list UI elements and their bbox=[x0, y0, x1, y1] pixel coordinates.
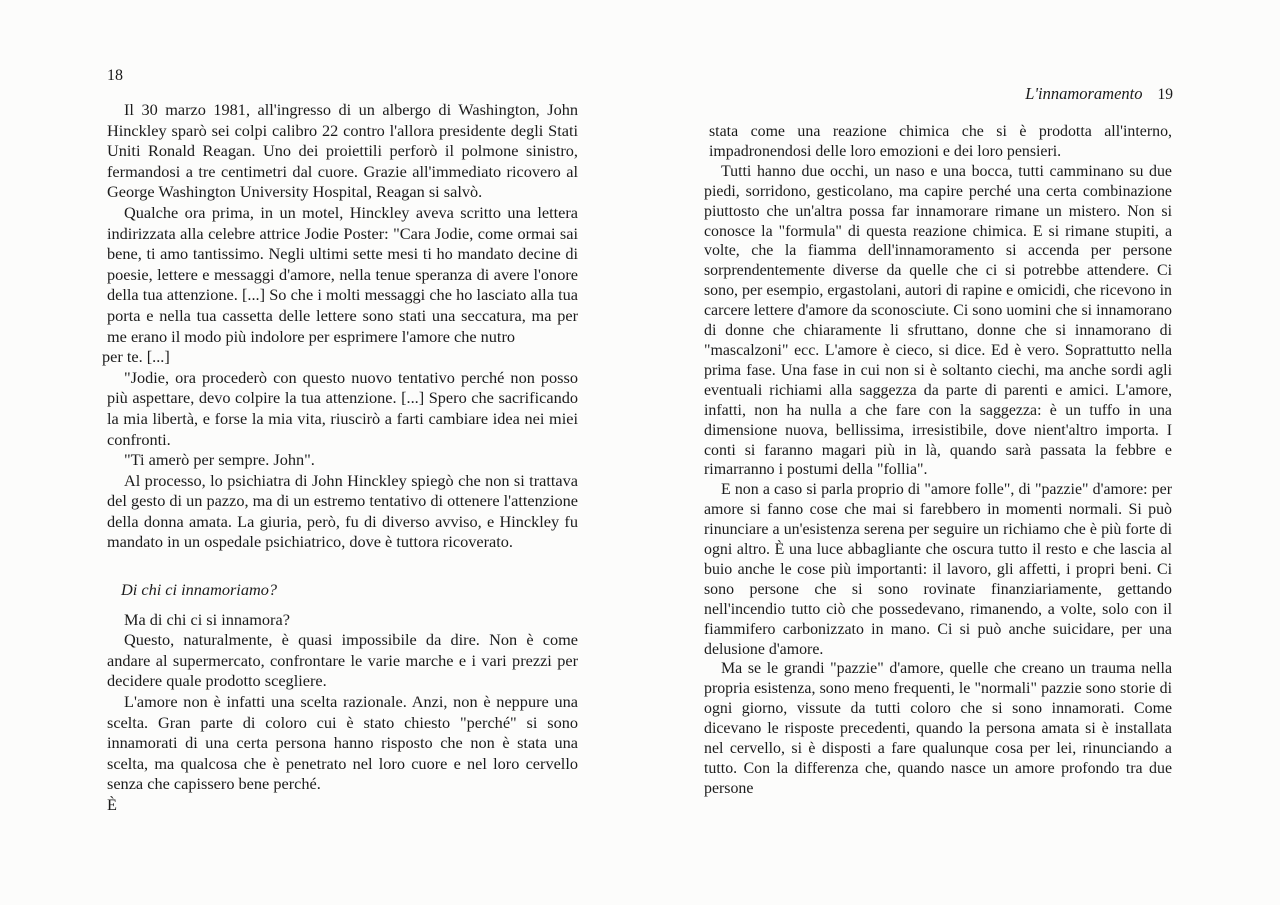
paragraph: E non a caso si parla proprio di "amore … bbox=[704, 480, 1172, 659]
page-number-left: 18 bbox=[107, 67, 123, 85]
book-spread: 18 Il 30 marzo 1981, all'ingresso di un … bbox=[0, 0, 1280, 905]
paragraph: "Ti amerò per sempre. John". bbox=[107, 450, 578, 471]
paragraph: L'amore non è infatti una scelta raziona… bbox=[107, 692, 578, 795]
paragraph: Ma di chi ci si innamora? bbox=[107, 610, 578, 631]
paragraph: Qualche ora prima, in un motel, Hinckley… bbox=[107, 203, 578, 347]
left-page-text: Il 30 marzo 1981, all'ingresso di un alb… bbox=[107, 100, 578, 816]
right-page-text: stata come una reazione chimica che si è… bbox=[704, 122, 1172, 799]
paragraph: "Jodie, ora procederò con questo nuovo t… bbox=[107, 368, 578, 450]
running-header: L'innamoramento19 bbox=[704, 84, 1173, 104]
paragraph: stata come una reazione chimica che si è… bbox=[704, 122, 1172, 162]
page-number-right: 19 bbox=[1158, 86, 1174, 104]
paragraph: È bbox=[107, 795, 578, 816]
section-heading: Di chi ci innamoriamo? bbox=[107, 580, 578, 601]
paragraph: Ma se le grandi "pazzie" d'amore, quelle… bbox=[704, 659, 1172, 798]
paragraph: Questo, naturalmente, è quasi impossibil… bbox=[107, 630, 578, 692]
paragraph: Al processo, lo psichiatra di John Hinck… bbox=[107, 471, 578, 553]
running-title: L'innamoramento bbox=[1025, 84, 1142, 103]
paragraph: per te. [...] bbox=[102, 347, 578, 368]
book-scan-page: { "left_page": { "page_number": "18", "b… bbox=[0, 0, 1280, 905]
paragraph: Tutti hanno due occhi, un naso e una boc… bbox=[704, 162, 1172, 481]
paragraph: Il 30 marzo 1981, all'ingresso di un alb… bbox=[107, 100, 578, 203]
